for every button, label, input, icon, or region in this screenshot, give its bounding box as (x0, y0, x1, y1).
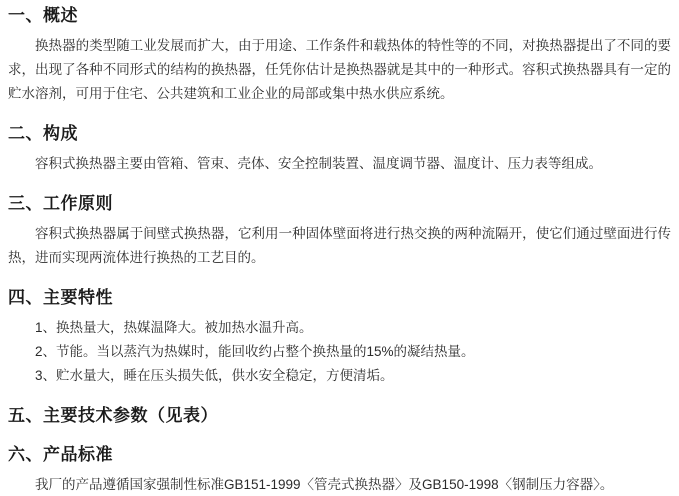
section-heading-overview: 一、概述 (8, 5, 671, 27)
section-overview: 一、概述 换热器的类型随工业发展而扩大，由于用途、工作条件和载热体的特性等的不同… (8, 5, 671, 106)
section-product-standards: 六、产品标准 我厂的产品遵循国家强制性标准GB151-1999〈管壳式换热器〉及… (8, 444, 671, 496)
feature-item-2: 2、节能。当以蒸汽为热媒时，能回收约占整个换热量的15%的凝结热量。 (8, 340, 671, 364)
section-heading-technical-parameters: 五、主要技术参数（见表） (8, 405, 671, 427)
product-description-document: 一、概述 换热器的类型随工业发展而扩大，由于用途、工作条件和载热体的特性等的不同… (0, 0, 679, 496)
product-standards-paragraph: 我厂的产品遵循国家强制性标准GB151-1999〈管壳式换热器〉及GB150-1… (8, 473, 671, 496)
section-working-principle: 三、工作原则 容积式换热器属于间壁式换热器，它利用一种固体壁面将进行热交换的两种… (8, 193, 671, 270)
section-technical-parameters: 五、主要技术参数（见表） (8, 405, 671, 427)
feature-item-1: 1、换热量大，热媒温降大。被加热水温升高。 (8, 316, 671, 340)
section-heading-working-principle: 三、工作原则 (8, 193, 671, 215)
section-heading-composition: 二、构成 (8, 123, 671, 145)
feature-item-3: 3、贮水量大，睡在压头损失低，供水安全稳定，方便清垢。 (8, 364, 671, 388)
section-heading-main-features: 四、主要特性 (8, 287, 671, 309)
section-main-features: 四、主要特性 1、换热量大，热媒温降大。被加热水温升高。 2、节能。当以蒸汽为热… (8, 287, 671, 388)
overview-paragraph: 换热器的类型随工业发展而扩大，由于用途、工作条件和载热体的特性等的不同，对换热器… (8, 34, 671, 106)
composition-paragraph: 容积式换热器主要由管箱、管束、壳体、安全控制装置、温度调节器、温度计、压力表等组… (8, 152, 671, 176)
section-composition: 二、构成 容积式换热器主要由管箱、管束、壳体、安全控制装置、温度调节器、温度计、… (8, 123, 671, 176)
working-principle-paragraph: 容积式换热器属于间壁式换热器，它利用一种固体壁面将进行热交换的两种流隔开，使它们… (8, 222, 671, 270)
section-heading-product-standards: 六、产品标准 (8, 444, 671, 466)
